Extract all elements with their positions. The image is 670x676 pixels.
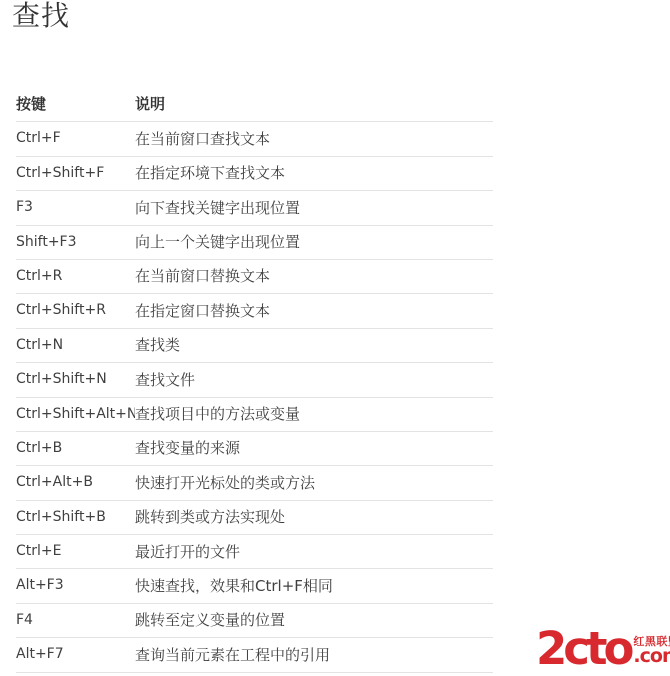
description-cell: 查找变量的来源 xyxy=(135,440,493,457)
table-row: F3 向下查找关键字出现位置 xyxy=(16,191,493,225)
description-cell: 查找类 xyxy=(135,337,493,354)
key-cell: Ctrl+F xyxy=(16,131,135,146)
description-cell: 查找文件 xyxy=(135,372,493,389)
2cto-logo: 2cto 红黑联盟 .com xyxy=(536,630,670,668)
key-cell: Ctrl+N xyxy=(16,338,135,353)
table-header-row: 按键 说明 xyxy=(16,88,493,122)
key-cell: Alt+F7 xyxy=(16,647,135,662)
table-row: Ctrl+Alt+B 快速打开光标处的类或方法 xyxy=(16,466,493,500)
column-header-key: 按键 xyxy=(16,96,135,113)
key-cell: Ctrl+Shift+F xyxy=(16,166,135,181)
key-cell: Ctrl+Shift+N xyxy=(16,372,135,387)
table-row: Ctrl+Shift+Alt+N 查找项目中的方法或变量 xyxy=(16,398,493,432)
table-row: Shift+F3 向上一个关键字出现位置 xyxy=(16,226,493,260)
key-cell: Ctrl+R xyxy=(16,269,135,284)
table-row: Ctrl+R 在当前窗口替换文本 xyxy=(16,260,493,294)
key-cell: Ctrl+Shift+B xyxy=(16,510,135,525)
description-cell: 在当前窗口替换文本 xyxy=(135,268,493,285)
table-row: Ctrl+Shift+N 查找文件 xyxy=(16,363,493,397)
table-row: Ctrl+Shift+B 跳转到类或方法实现处 xyxy=(16,501,493,535)
2cto-logo-right-block: 红黑联盟 .com xyxy=(633,630,670,665)
key-cell: F3 xyxy=(16,200,135,215)
table-row: Alt+F7 查询当前元素在工程中的引用 xyxy=(16,638,493,672)
table-body: Ctrl+F 在当前窗口查找文本 Ctrl+Shift+F 在指定环境下查找文本… xyxy=(16,122,493,672)
2cto-logo-text: 2cto xyxy=(536,630,630,668)
description-cell: 向下查找关键字出现位置 xyxy=(135,200,493,217)
table-row: Ctrl+B 查找变量的来源 xyxy=(16,432,493,466)
description-cell: 跳转到类或方法实现处 xyxy=(135,509,493,526)
shortcut-table: 按键 说明 Ctrl+F 在当前窗口查找文本 Ctrl+Shift+F 在指定环… xyxy=(16,88,493,673)
key-cell: Shift+F3 xyxy=(16,235,135,250)
key-cell: Ctrl+B xyxy=(16,441,135,456)
description-cell: 在当前窗口查找文本 xyxy=(135,131,493,148)
key-cell: Ctrl+Shift+R xyxy=(16,303,135,318)
key-cell: Ctrl+Alt+B xyxy=(16,475,135,490)
page: 查找 按键 说明 Ctrl+F 在当前窗口查找文本 Ctrl+Shift+F 在… xyxy=(0,0,670,676)
page-title: 查找 xyxy=(12,0,70,32)
key-cell: Ctrl+Shift+Alt+N xyxy=(16,407,135,422)
description-cell: 在指定窗口替换文本 xyxy=(135,303,493,320)
key-cell: F4 xyxy=(16,613,135,628)
description-cell: 查询当前元素在工程中的引用 xyxy=(135,647,493,664)
description-cell: 快速查找，效果和Ctrl+F相同 xyxy=(135,578,493,595)
description-cell: 最近打开的文件 xyxy=(135,544,493,561)
description-cell: 在指定环境下查找文本 xyxy=(135,165,493,182)
description-cell: 跳转至定义变量的位置 xyxy=(135,612,493,629)
table-row: Ctrl+F 在当前窗口查找文本 xyxy=(16,122,493,156)
key-cell: Ctrl+E xyxy=(16,544,135,559)
table-row: Ctrl+N 查找类 xyxy=(16,329,493,363)
2cto-logo-domain: .com xyxy=(633,648,670,665)
table-row: Ctrl+Shift+R 在指定窗口替换文本 xyxy=(16,294,493,328)
column-header-description: 说明 xyxy=(135,96,493,113)
key-cell: Alt+F3 xyxy=(16,578,135,593)
table-row: F4 跳转至定义变量的位置 xyxy=(16,604,493,638)
table-row: Alt+F3 快速查找，效果和Ctrl+F相同 xyxy=(16,569,493,603)
table-row: Ctrl+Shift+F 在指定环境下查找文本 xyxy=(16,157,493,191)
description-cell: 快速打开光标处的类或方法 xyxy=(135,475,493,492)
table-row: Ctrl+E 最近打开的文件 xyxy=(16,535,493,569)
description-cell: 查找项目中的方法或变量 xyxy=(135,406,493,423)
description-cell: 向上一个关键字出现位置 xyxy=(135,234,493,251)
